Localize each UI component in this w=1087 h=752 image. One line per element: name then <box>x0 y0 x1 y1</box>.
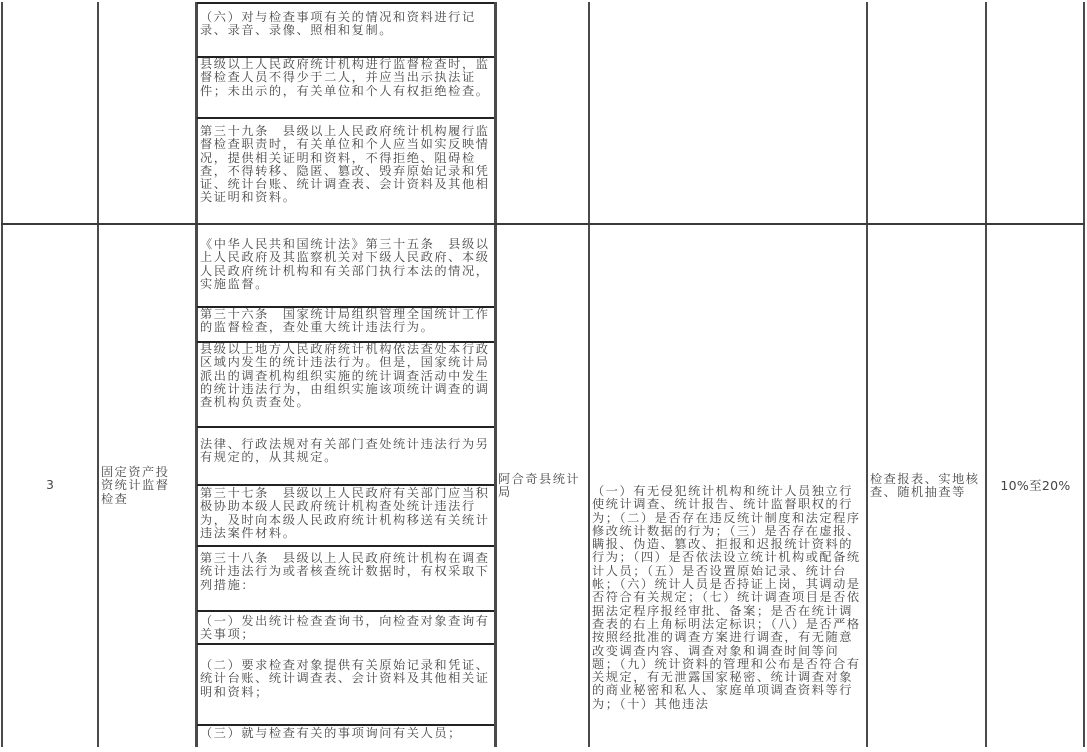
cell-border <box>197 117 494 119</box>
column-border <box>1083 2 1085 747</box>
legal-basis-cell: （二）要求检查对象提供有关原始记录和凭证、统计台账、统计调查表、会计资料及其他相… <box>197 658 494 724</box>
legal-basis-cell: 《中华人民共和国统计法》第三十五条 县级以上人民政府及其监察机关对下级人民政府、… <box>197 237 494 306</box>
cell-border <box>197 643 494 645</box>
cell-border <box>197 610 494 612</box>
sampling-ratio: 10%至20% <box>988 225 1083 747</box>
responsible-agency: 阿合奇县统计局 <box>498 225 586 747</box>
legal-basis-cell: （六）对与检查事项有关的情况和资料进行记录、录音、录像、照相和复制。 <box>197 10 494 56</box>
column-border <box>866 2 868 747</box>
column-border <box>588 2 590 747</box>
legal-basis-cell: 县级以上地方人民政府统计机构依法查处本行政区域内发生的统计违法行为。但是，国家统… <box>197 342 494 426</box>
column-border <box>985 2 987 747</box>
cell-border <box>197 2 494 4</box>
legal-basis-cell: 法律、行政法规对有关部门查处统计违法行为另有规定的，从其规定。 <box>197 437 494 484</box>
inspection-content: （一）有无侵犯统计机构和统计人员独立行使统计调查、统计报告、统计监督职权的行为；… <box>592 485 863 747</box>
legal-basis-cell: 第三十八条 县级以上人民政府统计机构在调查统计违法行为或者核查统计数据时，有权采… <box>197 551 494 610</box>
column-border <box>494 2 497 747</box>
legal-basis-cell: 第三十九条 县级以上人民政府统计机构履行监督检查职责时，有关单位和个人应当如实反… <box>197 124 494 223</box>
column-border <box>97 2 99 747</box>
legal-basis-cell: 第三十六条 国家统计局组织管理全国统计工作的监督检查，查处重大统计违法行为。 <box>197 307 494 341</box>
cell-border <box>197 426 494 428</box>
legal-basis-cell: 县级以上人民政府统计机构进行监督检查时，监督检查人员不得少于二人，并应当出示执法… <box>197 57 494 117</box>
inspection-method: 检查报表、实地核查、随机抽查等 <box>870 225 984 747</box>
inspection-item-name: 固定资产投资统计监督检查 <box>101 225 179 747</box>
legal-basis-cell: （三）就与检查有关的事项询问有关人员； <box>197 726 494 747</box>
cell-border <box>197 545 494 547</box>
legal-basis-cell: 第三十七条 县级以上人民政府有关部门应当积极协助本级人民政府统计机构查处统计违法… <box>197 486 494 545</box>
row-index: 3 <box>3 225 97 747</box>
legal-basis-cell: （一）发出统计检查查询书，向检查对象查询有关事项； <box>197 614 494 643</box>
